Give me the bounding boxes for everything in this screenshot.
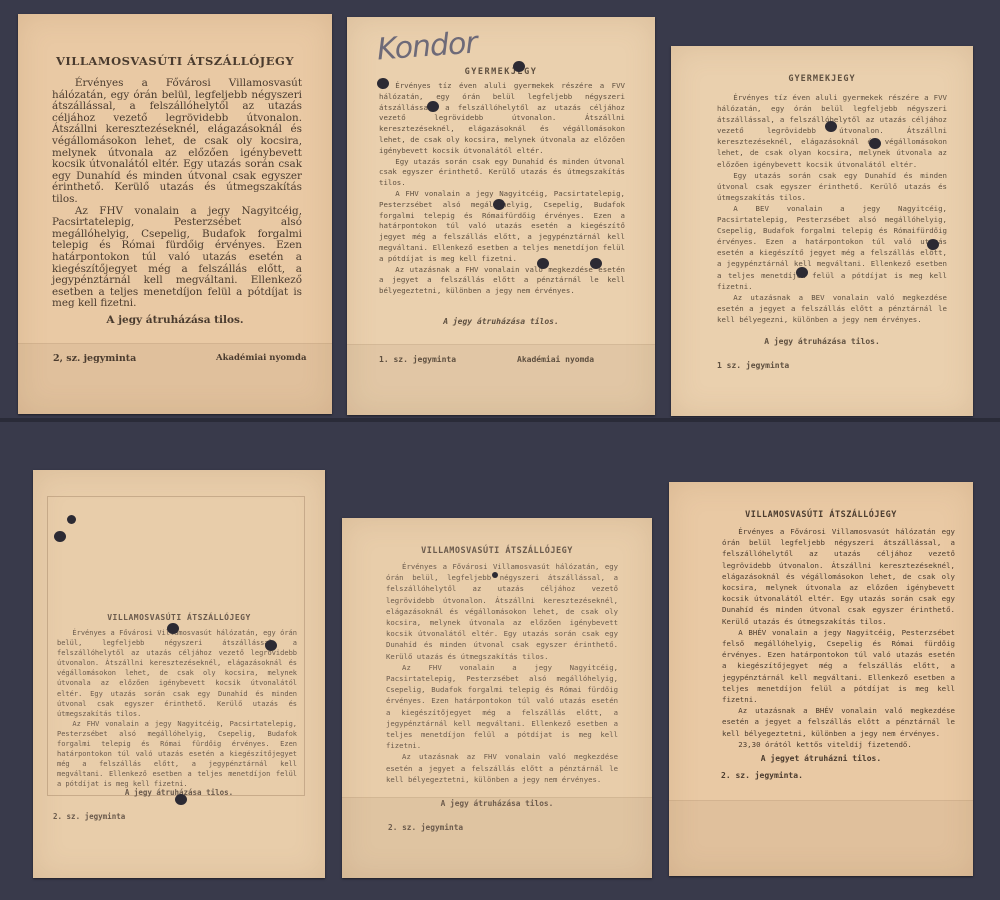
ticket-title: VILLAMOSVASÚTI ÁTSZÁLLÓJEGY [342,546,652,556]
ticket-body: Érvényes tíz éven aluli gyermekek részér… [379,81,625,297]
shelf-divider-top [0,418,1000,422]
ticket-body: Érvényes a Fővárosi Villamosvasút hálóza… [52,78,302,310]
ticket-paragraph: Az utazásnak a BEV vonalain való megkezd… [717,292,947,325]
ticket-paragraph: 23,30 órától kettős viteldíj fizetendő. [722,739,955,750]
ticket-notice: A jegy átruházása tilos. [18,314,332,326]
punch-hole [427,101,439,112]
punch-hole [590,258,602,269]
ticket-transfer-2: VILLAMOSVASÚTI ÁTSZÁLLÓJEGY Érvényes a F… [33,470,325,878]
ticket-transfer-1: VILLAMOSVASÚTI ÁTSZÁLLÓJEGY Érvényes a F… [18,14,332,414]
ticket-paragraph: Érvényes a Fővárosi Villamosvasút hálóza… [57,628,297,719]
ticket-body: Érvényes a Fővárosi Villamosvasút hálóza… [386,561,618,785]
ticket-paragraph: Egy utazás során csak egy Dunahíd és min… [379,157,625,189]
ticket-paragraph: A BHÉV vonalain a jegy Nagyitcéig, Peste… [722,627,955,705]
ticket-body: Érvényes a Fővárosi Villamosvasút hálóza… [57,628,297,790]
ticket-child-2: GYERMEKJEGY Érvényes tíz éven aluli gyer… [671,46,973,416]
ticket-series: 1 sz. jegyminta [717,361,789,370]
ticket-series: 1. sz. jegyminta [379,355,456,364]
ticket-paragraph: Az FHV vonalain a jegy Nagyitcéig, Pacsi… [386,662,618,752]
punch-hole [175,794,187,805]
ticket-notice: A jegy átruházása tilos. [347,317,655,326]
punch-hole [265,640,277,651]
ticket-paragraph: Érvényes tíz éven aluli gyermekek részér… [379,81,625,157]
punch-hole [67,515,76,524]
ticket-title: GYERMEKJEGY [671,74,973,84]
punch-hole [492,572,498,578]
punch-hole [825,121,837,132]
ticket-stub [669,800,973,876]
punch-hole [54,531,66,542]
pencil-signature: Kondor [376,26,478,68]
ticket-series: 2. sz. jegyminta [53,812,125,821]
punch-hole [377,78,389,89]
ticket-transfer-3: VILLAMOSVASÚTI ÁTSZÁLLÓJEGY Érvényes a F… [342,518,652,878]
ticket-body: Érvényes a Fővárosi Villamosvasút hálóza… [722,526,955,750]
ticket-title: VILLAMOSVASÚTI ÁTSZÁLLÓJEGY [33,613,325,622]
punch-hole [513,61,525,72]
ticket-paragraph: Az FHV vonalain a jegy Nagyitcéig, Pacsi… [52,206,302,310]
ticket-stub [342,797,652,878]
ticket-transfer-4: VILLAMOSVASÚTI ÁTSZÁLLÓJEGY Érvényes a F… [669,482,973,876]
ticket-paragraph: A BEV vonalain a jegy Nagyitcéig, Pacsir… [717,203,947,292]
ticket-paragraph: Az utazásnak az FHV vonalain való megkez… [386,751,618,785]
ticket-notice: A jegyet átruházni tilos. [669,754,973,763]
ticket-notice: A jegy átruházása tilos. [671,337,973,346]
ticket-paragraph: Érvényes a Fővárosi Villamosvasút hálóza… [722,526,955,627]
ticket-title: VILLAMOSVASÚTI ÁTSZÁLLÓJEGY [669,510,973,520]
ticket-paragraph: Az utazásnak a BHÉV vonalain való megkez… [722,705,955,739]
ticket-paragraph: Az FHV vonalain a jegy Nagyitcéig, Pacsi… [57,719,297,790]
ticket-printer: Akadémiai nyomda [517,355,594,364]
ticket-title: VILLAMOSVASÚTI ÁTSZÁLLÓJEGY [18,54,332,68]
ticket-series: 2, sz. jegyminta [53,353,136,364]
ticket-paragraph: Egy utazás során csak egy Dunahíd és min… [717,170,947,203]
punch-hole [537,258,549,269]
ticket-series: 2. sz. jegyminta. [721,771,803,780]
punch-hole [869,138,881,149]
ticket-printer: Akadémiai nyomda [216,353,307,363]
punch-hole [796,267,808,278]
ticket-paragraph: Érvényes a Fővárosi Villamosvasút hálóza… [52,78,302,206]
ticket-child-1: Kondor GYERMEKJEGY Érvényes tíz éven alu… [347,17,655,415]
ticket-series: 2. sz. jegyminta [388,823,463,832]
punch-hole [927,239,939,250]
ticket-title: GYERMEKJEGY [347,67,655,77]
punch-hole [493,199,505,210]
punch-hole [167,623,179,634]
ticket-paragraph: Érvényes a Fővárosi Villamosvasút hálóza… [386,561,618,662]
ticket-paragraph: Az utazásnak a FHV vonalain való megkezd… [379,265,625,297]
